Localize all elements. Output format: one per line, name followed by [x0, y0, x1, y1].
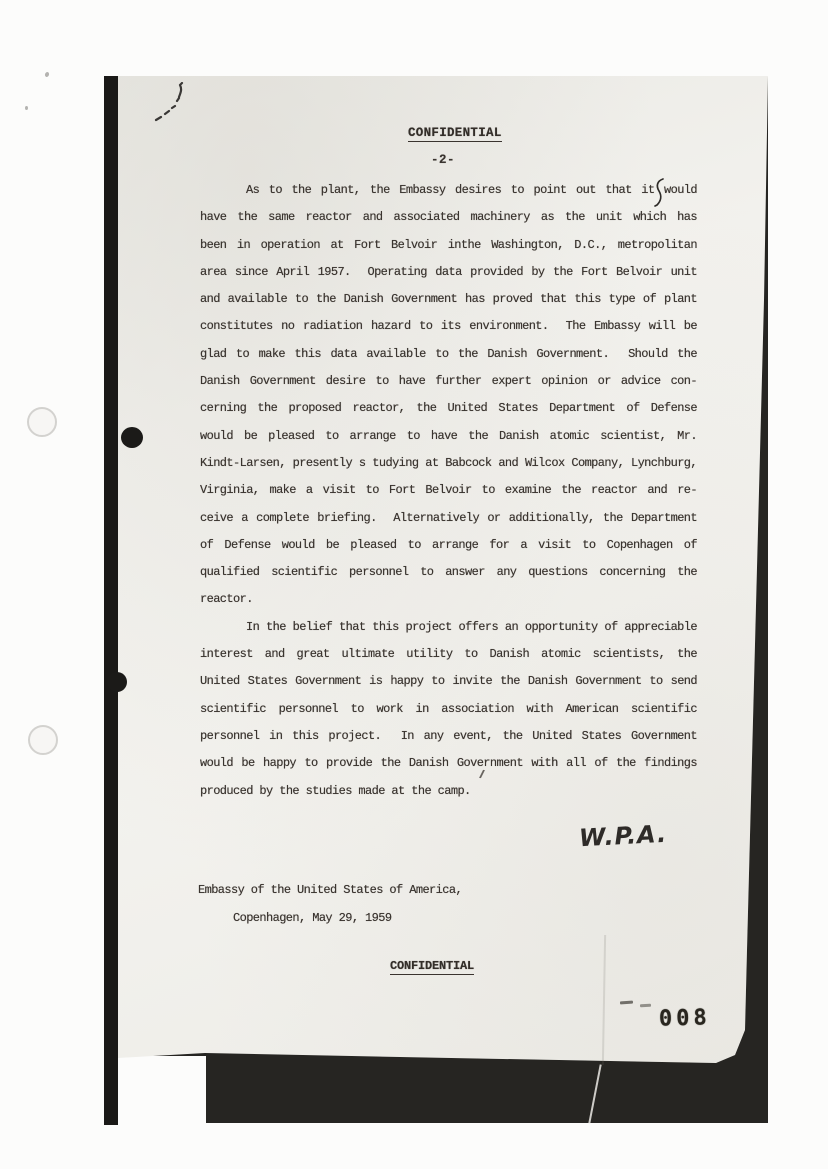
body-line: As to the plant, the Embassy desires to … — [200, 177, 697, 204]
body-line: Kindt-Larsen, presently s tudying at Bab… — [200, 450, 697, 477]
body-line: interest and great ultimate utility to D… — [200, 641, 697, 668]
punch-hole-bottom — [28, 725, 58, 755]
body-line: have the same reactor and associated mac… — [200, 204, 697, 231]
body-line: produced by the studies made at the camp… — [200, 778, 697, 805]
pen-scribble-mark — [152, 82, 192, 124]
scan-speck — [44, 71, 49, 77]
sender-org-line: Embassy of the United States of America, — [198, 883, 462, 897]
page-number: -2- — [431, 153, 455, 167]
scan-bottom-left-gap — [118, 1056, 206, 1126]
body-line: United States Government is happy to inv… — [200, 668, 697, 695]
left-film-strip — [104, 76, 118, 1125]
document-body: As to the plant, the Embassy desires to … — [200, 177, 697, 805]
body-line: cerning the proposed reactor, the United… — [200, 395, 697, 422]
body-line: reactor. — [200, 586, 697, 613]
body-line: Virginia, make a visit to Fort Belvoir t… — [200, 477, 697, 504]
body-line: and available to the Danish Government h… — [200, 286, 697, 313]
scan-speck — [25, 106, 28, 110]
signature-initials: W.P.A. — [578, 820, 668, 853]
classification-footer: CONFIDENTIAL — [390, 959, 474, 975]
body-line: area since April 1957. Operating data pr… — [200, 259, 697, 286]
body-line: scientific personnel to work in associat… — [200, 696, 697, 723]
body-line: personnel in this project. In any event,… — [200, 723, 697, 750]
body-line: been in operation at Fort Belvoir inthe … — [200, 232, 697, 259]
body-line: qualified scientific personnel to answer… — [200, 559, 697, 586]
punched-hole-blob-top — [121, 427, 143, 448]
punch-hole-top — [27, 407, 57, 437]
body-line: of Defense would be pleased to arrange f… — [200, 532, 697, 559]
punched-hole-blob-bottom — [107, 672, 127, 692]
body-line: In the belief that this project offers a… — [200, 614, 697, 641]
body-line: would be happy to provide the Danish Gov… — [200, 750, 697, 777]
pen-bracket-mark — [653, 177, 667, 209]
page-stamp-number: 008 — [659, 1005, 711, 1031]
body-line: Danish Government desire to have further… — [200, 368, 697, 395]
classification-header: CONFIDENTIAL — [408, 126, 502, 142]
body-line: glad to make this data available to the … — [200, 341, 697, 368]
body-line: would be pleased to arrange to have the … — [200, 423, 697, 450]
sender-date-line: Copenhagen, May 29, 1959 — [233, 911, 391, 925]
body-line: constitutes no radiation hazard to its e… — [200, 313, 697, 340]
body-line: ceive a complete briefing. Alternatively… — [200, 505, 697, 532]
